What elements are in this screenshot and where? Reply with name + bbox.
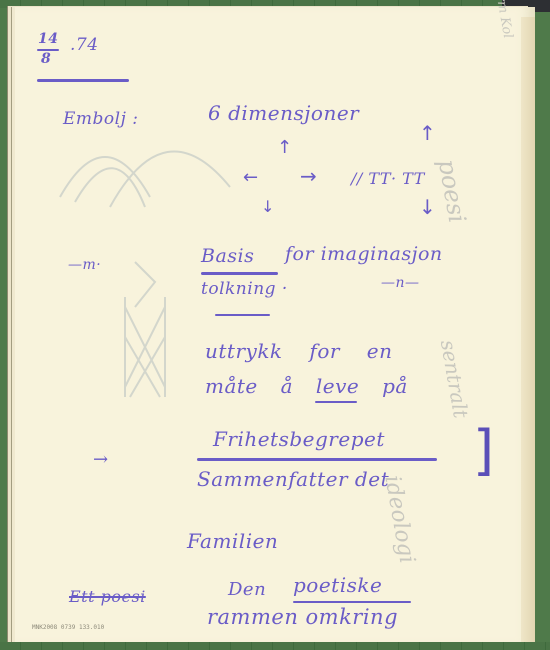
frihet-underline	[197, 458, 437, 461]
embolj-label: Embolj :	[63, 109, 139, 129]
archive-label: MNK2008 0739 133.010	[32, 624, 104, 631]
familien-word: Familien	[187, 529, 278, 553]
leve-underline	[315, 401, 357, 403]
arrow-mark: →	[93, 449, 109, 470]
ditto-mark: —n—	[381, 275, 420, 291]
struck-text: Ett poesi	[69, 587, 146, 606]
den-word: Den	[228, 579, 266, 600]
right-bracket: ]	[473, 419, 494, 482]
bottom-border-ruler	[0, 642, 550, 650]
date-year: .74	[70, 35, 99, 55]
mate-line: måte å leve på	[205, 374, 408, 398]
arrow-right-icon: →	[300, 164, 317, 188]
uttrykk-line: uttrykk for en	[205, 339, 393, 363]
arrow-down-icon: ↓	[419, 195, 436, 219]
notebook-page: Form Kol poesi sentralt ideologi 14 8 .7…	[15, 7, 535, 643]
arrow-left-icon: ←	[243, 167, 258, 188]
frihet-word: Frihetsbegrepet	[213, 427, 385, 451]
tolkning-underline	[215, 314, 270, 316]
date-underline	[37, 79, 129, 82]
dash-mark: —m·	[68, 257, 101, 273]
date-day: 14	[38, 31, 58, 47]
date-month: 8	[41, 51, 51, 67]
tolkning-word: tolkning ·	[201, 279, 288, 299]
ditto-marks: // TT· TT	[351, 169, 425, 188]
poetiske-underline	[293, 601, 411, 603]
basis-word: Basis	[201, 245, 254, 267]
arrow-up-icon: ↑	[419, 121, 436, 145]
dimensions-text: 6 dimensjoner	[208, 101, 359, 125]
arrow-up-icon: ↑	[277, 137, 292, 158]
basis-rest: for imaginasjon	[285, 243, 443, 265]
sammenfatter-line: Sammenfatter det	[197, 467, 389, 491]
rammen-line: rammen omkring	[207, 605, 398, 629]
poetiske-word: poetiske	[293, 573, 382, 597]
arrow-down-icon: ↓	[261, 197, 274, 216]
basis-underline	[201, 272, 278, 275]
